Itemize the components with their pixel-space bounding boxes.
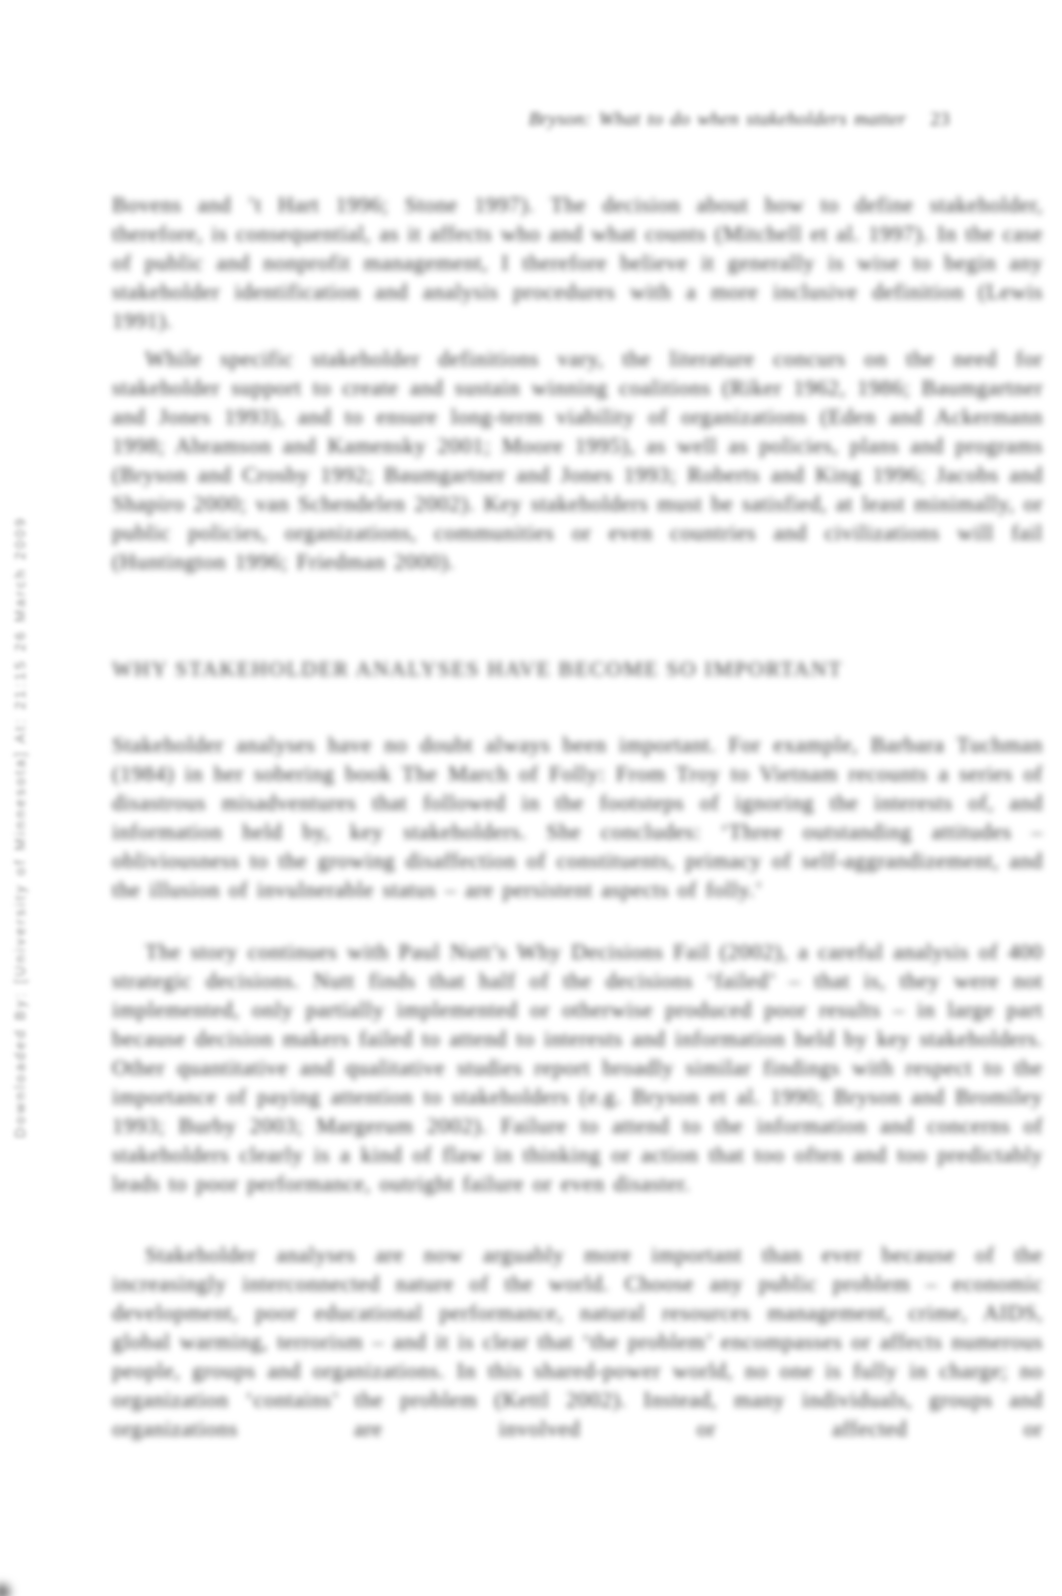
- body-paragraph: While specific stakeholder definitions v…: [112, 344, 1043, 576]
- scan-artifact-speck: [0, 1584, 10, 1596]
- body-paragraph: The story continues with Paul Nutt’s Why…: [112, 937, 1043, 1198]
- section-heading: WHY STAKEHOLDER ANALYSES HAVE BECOME SO …: [112, 657, 1043, 682]
- page-header: Bryson: What to do when stakeholders mat…: [0, 109, 950, 131]
- body-paragraph: Bovens and ’t Hart 1996; Stone 1997). Th…: [112, 190, 1043, 335]
- download-watermark: Downloaded By: [University of Minnesota]…: [13, 438, 29, 1138]
- body-paragraph: Stakeholder analyses have no doubt alway…: [112, 730, 1043, 904]
- document-page: Bryson: What to do when stakeholders mat…: [0, 0, 1062, 1596]
- body-paragraph: Stakeholder analyses are now arguably mo…: [112, 1240, 1043, 1443]
- running-title: Bryson: What to do when stakeholders mat…: [529, 109, 907, 130]
- page-number: 23: [930, 109, 950, 130]
